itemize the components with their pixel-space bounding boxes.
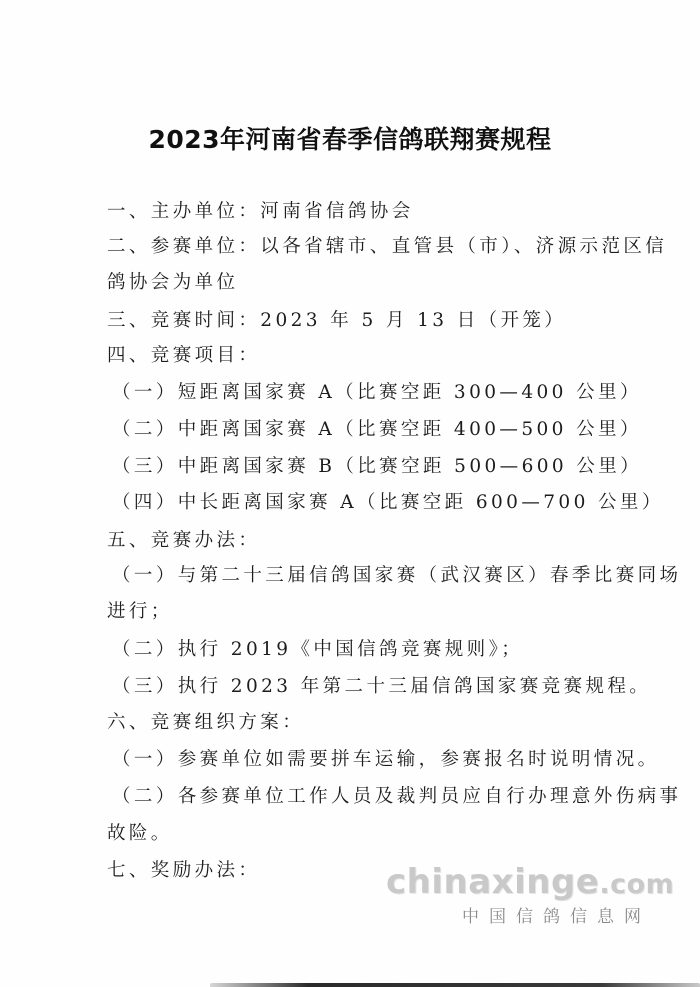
method-item-1-cont: 进行； — [107, 600, 173, 624]
section-organization: 六、竞赛组织方案： — [107, 711, 304, 735]
method-item-2: （二）执行 2019《中国信鸽竞赛规则》； — [112, 638, 523, 662]
section-rewards: 七、奖励办法： — [107, 859, 260, 883]
organization-item-1: （一）参赛单位如需要拼车运输，参赛报名时说明情况。 — [112, 748, 660, 772]
method-item-1: （一）与第二十三届信鸽国家赛（武汉赛区）春季比赛同场 — [112, 564, 681, 588]
event-item-3: （三）中距离国家赛 B（比赛空距 500—600 公里） — [112, 455, 642, 479]
scan-edge-shadow — [210, 983, 700, 987]
event-item-1: （一）短距离国家赛 A（比赛空距 300—400 公里） — [112, 381, 642, 405]
watermark-domain: chinaxinge — [386, 862, 599, 902]
event-item-4: （四）中长距离国家赛 A（比赛空距 600—700 公里） — [112, 491, 664, 515]
event-item-2: （二）中距离国家赛 A（比赛空距 400—500 公里） — [112, 418, 642, 442]
watermark-domain-suffix: .com — [599, 869, 674, 900]
method-item-3: （三）执行 2023 年第二十三届信鸽国家赛竞赛规程。 — [112, 675, 651, 699]
organization-item-2: （二）各参赛单位工作人员及裁判员应自行办理意外伤病事 — [112, 785, 681, 809]
section-organizer: 一、主办单位：河南省信鸽协会 — [107, 200, 414, 224]
section-time: 三、竞赛时间：2023 年 5 月 13 日（开笼） — [107, 309, 566, 333]
document-page: 2023年河南省春季信鸽联翔赛规程 一、主办单位：河南省信鸽协会 二、参赛单位：… — [0, 0, 700, 987]
section-participants-cont: 鸽协会为单位 — [107, 271, 238, 295]
watermark-site-name: 中国信鸽信息网 — [462, 905, 651, 929]
section-methods: 五、竞赛办法： — [107, 529, 260, 553]
document-title: 2023年河南省春季信鸽联翔赛规程 — [0, 120, 700, 156]
organization-item-2-cont: 故险。 — [107, 822, 173, 846]
section-participants: 二、参赛单位：以各省辖市、直管县（市）、济源示范区信 — [107, 235, 667, 259]
watermark-logo: chinaxinge.com — [386, 862, 674, 905]
section-events: 四、竞赛项目： — [107, 344, 260, 368]
